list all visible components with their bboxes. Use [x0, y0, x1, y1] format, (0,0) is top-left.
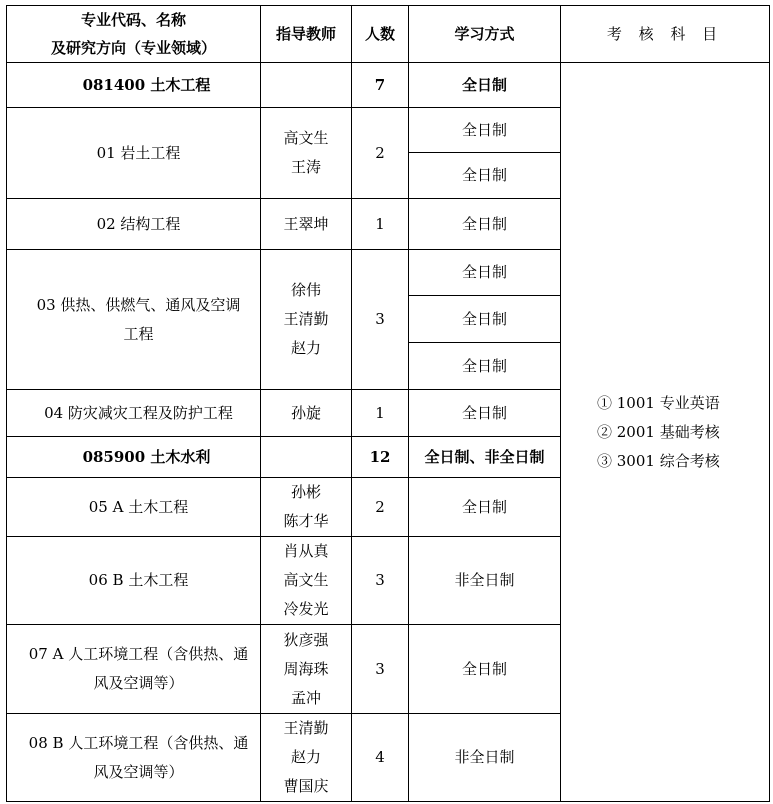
direction-mode: 全日制	[409, 478, 561, 537]
direction-mode: 全日制	[409, 153, 561, 199]
direction-mode: 全日制	[409, 390, 561, 437]
major-row: 081400 土木工程 7 全日制 ① 1001 专业英语 ② 2001 基础考…	[7, 63, 770, 108]
direction-mode: 全日制	[409, 199, 561, 250]
exam-subject: ③ 3001 综合考核	[597, 447, 720, 476]
direction-count: 2	[352, 478, 409, 537]
direction-advisors: 王清勤 赵力 曹国庆	[261, 714, 352, 802]
direction-name: 08 B 人工环境工程（含供热、通 风及空调等）	[7, 714, 261, 802]
direction-mode: 全日制	[409, 108, 561, 153]
direction-name: 04 防灾减灾工程及防护工程	[7, 390, 261, 437]
header-row: 专业代码、名称 及研究方向（专业领域） 指导教师 人数 学习方式 考 核 科 目	[7, 6, 770, 63]
direction-advisors: 孙旋	[261, 390, 352, 437]
major-mode: 全日制、非全日制	[409, 437, 561, 478]
major-advisor-empty	[261, 437, 352, 478]
major-title: 085900 土木水利	[7, 437, 261, 478]
direction-advisors: 徐伟 王清勤 赵力	[261, 250, 352, 390]
exam-subjects-list: ① 1001 专业英语 ② 2001 基础考核 ③ 3001 综合考核	[597, 389, 720, 476]
direction-count: 3	[352, 537, 409, 625]
admissions-table: 专业代码、名称 及研究方向（专业领域） 指导教师 人数 学习方式 考 核 科 目…	[6, 5, 770, 802]
direction-count: 3	[352, 625, 409, 714]
exam-subject: ② 2001 基础考核	[597, 418, 720, 447]
header-mode: 学习方式	[409, 6, 561, 63]
header-major: 专业代码、名称 及研究方向（专业领域）	[7, 6, 261, 63]
direction-count: 1	[352, 390, 409, 437]
direction-advisors: 肖从真 高文生 冷发光	[261, 537, 352, 625]
direction-mode: 全日制	[409, 296, 561, 343]
header-count: 人数	[352, 6, 409, 63]
major-mode: 全日制	[409, 63, 561, 108]
exam-subject: ① 1001 专业英语	[597, 389, 720, 418]
direction-name: 05 A 土木工程	[7, 478, 261, 537]
direction-name: 07 A 人工环境工程（含供热、通 风及空调等）	[7, 625, 261, 714]
direction-name: 03 供热、供燃气、通风及空调 工程	[7, 250, 261, 390]
direction-count: 4	[352, 714, 409, 802]
direction-mode: 非全日制	[409, 714, 561, 802]
direction-advisors: 孙彬 陈才华	[261, 478, 352, 537]
direction-mode: 全日制	[409, 343, 561, 390]
direction-advisors: 高文生 王涛	[261, 108, 352, 199]
direction-mode: 全日制	[409, 625, 561, 714]
header-advisor: 指导教师	[261, 6, 352, 63]
header-exam: 考 核 科 目	[561, 6, 770, 63]
direction-mode: 全日制	[409, 250, 561, 296]
direction-name: 01 岩土工程	[7, 108, 261, 199]
major-count: 7	[352, 63, 409, 108]
direction-count: 2	[352, 108, 409, 199]
direction-count: 1	[352, 199, 409, 250]
direction-name: 06 B 土木工程	[7, 537, 261, 625]
direction-name: 02 结构工程	[7, 199, 261, 250]
direction-count: 3	[352, 250, 409, 390]
major-title: 081400 土木工程	[7, 63, 261, 108]
direction-advisors: 王翠坤	[261, 199, 352, 250]
major-count: 12	[352, 437, 409, 478]
direction-mode: 非全日制	[409, 537, 561, 625]
direction-advisors: 狄彦强 周海珠 孟冲	[261, 625, 352, 714]
exam-subjects-cell: ① 1001 专业英语 ② 2001 基础考核 ③ 3001 综合考核	[561, 63, 770, 802]
major-advisor-empty	[261, 63, 352, 108]
